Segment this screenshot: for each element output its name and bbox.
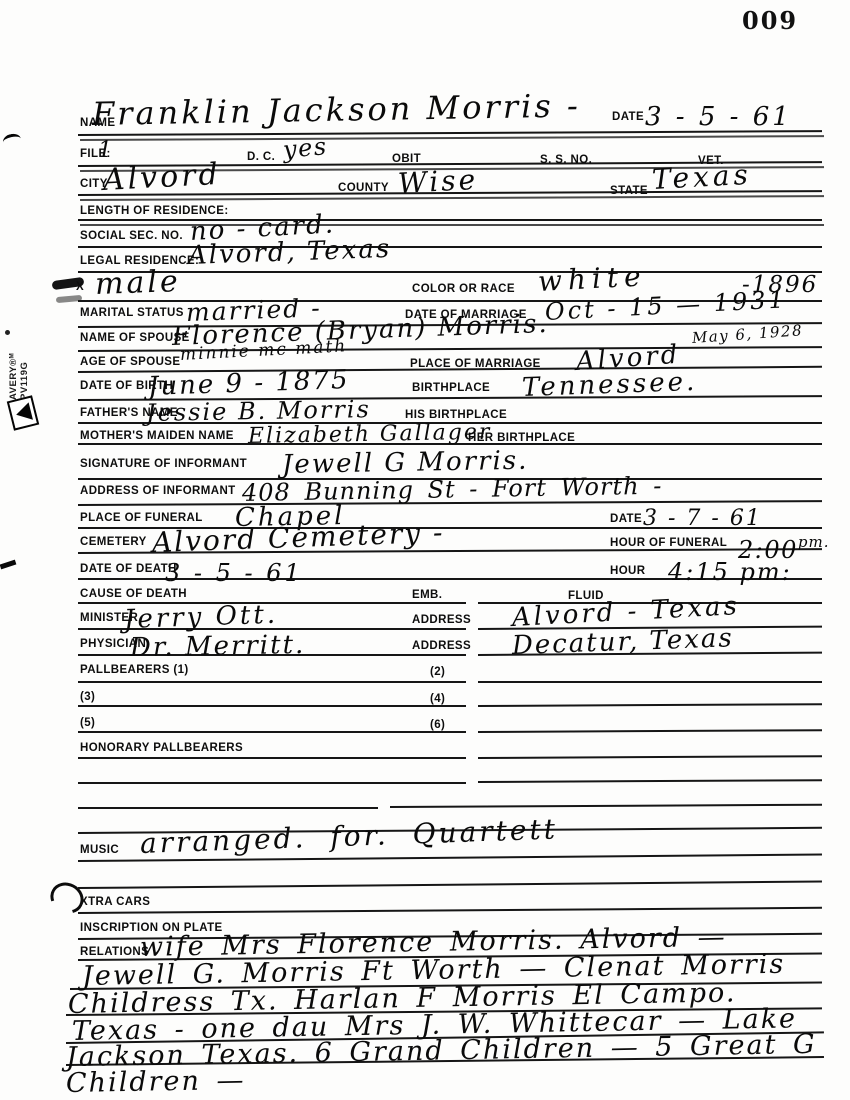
physician-value: Dr. Merritt. (130, 632, 306, 661)
hour-of-death-value: 4:15 pm: (668, 560, 792, 584)
state-label: STATE (610, 186, 648, 198)
funeral-date-value: 3 - 7 - 61 (643, 508, 762, 530)
pallbearers-2-label: (2) (430, 667, 445, 679)
marital-status-label: MARITAL STATUS (80, 308, 184, 320)
form-line (478, 681, 822, 683)
form-line (478, 729, 822, 733)
avery-code-text: PV119G (19, 304, 30, 400)
birthplace-label: BIRTHPLACE (412, 383, 490, 395)
form-line (78, 881, 822, 889)
physician-address-label: ADDRESS (412, 641, 471, 653)
age-of-spouse-label: AGE OF SPOUSE (80, 357, 180, 369)
color-or-race-label: COLOR OR RACE (412, 284, 515, 296)
dc-label: D. C. (247, 152, 275, 164)
page-number: 009 (742, 6, 798, 35)
sex-value: male (94, 267, 181, 300)
form-line (478, 779, 822, 783)
pallbearers-1-label: PALLBEARERS (1) (80, 665, 189, 677)
form-line (78, 807, 378, 809)
mothers-maiden-name-value: Elizabeth Gallager (248, 422, 492, 448)
county-value: Wise (397, 166, 479, 198)
form-line (478, 703, 822, 707)
form-line (78, 705, 466, 707)
form-line (78, 782, 466, 784)
date-header-label: DATE (612, 112, 644, 124)
social-sec-no-label: SOCIAL SEC. NO. (80, 231, 183, 243)
pallbearers-3-label: (3) (80, 692, 95, 704)
legal-residence-value: Alvord, Texas (188, 236, 392, 269)
form-line (78, 681, 466, 683)
hour-of-death-label: HOUR (610, 566, 645, 578)
cemetery-label: CEMETERY (80, 537, 147, 549)
birthplace-value: Tennessee. (522, 369, 698, 401)
sex-label: X (76, 282, 84, 294)
music-value: arranged. for. Quartett (140, 815, 559, 858)
form-line (78, 907, 822, 914)
signature-of-informant-value: Jewell G Morris. (282, 448, 529, 478)
place-of-funeral-label: PLACE OF FUNERAL (80, 513, 203, 525)
music-label: MUSIC (80, 845, 119, 857)
signature-of-informant-label: SIGNATURE OF INFORMANT (80, 459, 247, 471)
form-line (478, 755, 822, 759)
scan-mark-dot (5, 330, 10, 335)
hour-of-funeral-label: HOUR OF FUNERAL (610, 538, 727, 550)
file-value: 1 (98, 140, 114, 162)
pallbearers-4-label: (4) (430, 694, 445, 706)
scan-mark-dash (0, 560, 16, 570)
dc-value: yes (282, 134, 329, 162)
form-line (390, 804, 822, 808)
relations-label: RELATIONS (80, 947, 149, 959)
minister-address-label: ADDRESS (412, 615, 471, 627)
date-of-death-value: 3 - 5 - 61 (165, 561, 303, 585)
scanned-funeral-record-page: 009 AVERY®ᴹ PV119G (0, 0, 850, 1100)
avery-margin-label: AVERY®ᴹ PV119G (8, 304, 36, 400)
county-label: COUNTY (338, 183, 389, 195)
relations-line-6: Children — (66, 1067, 246, 1097)
address-of-informant-label: ADDRESS OF INFORMANT (80, 486, 236, 498)
state-value: Texas (651, 161, 752, 194)
fathers-name-value: Jessie B. Morris (146, 397, 371, 425)
cause-of-death-label: CAUSE OF DEATH (80, 589, 187, 601)
form-line (78, 757, 466, 759)
address-of-informant-value: 408 Bunning St - Fort Worth - (242, 474, 663, 505)
pallbearers-5-label: (5) (80, 718, 95, 730)
minister-value: Jerry Ott. (124, 602, 279, 633)
physician-address-value: Decatur, Texas (512, 625, 735, 659)
scan-mark-arc (2, 132, 22, 148)
emb-label: EMB. (412, 590, 442, 602)
honorary-pallbearers-label: HONORARY PALLBEARERS (80, 743, 243, 755)
avery-brand-text: AVERY®ᴹ (8, 304, 19, 400)
name-value: Franklin Jackson Morris - (92, 89, 581, 130)
form-line (78, 731, 466, 733)
ssno-label: S. S. NO. (540, 155, 592, 167)
extra-cars-label: XTRA CARS (80, 897, 150, 909)
date-header-value: 3 - 5 - 61 (645, 104, 792, 130)
hour-of-funeral-suffix: pm. (798, 533, 830, 551)
form-line (78, 271, 822, 273)
place-of-marriage-label: PLACE OF MARRIAGE (410, 359, 541, 371)
mothers-maiden-name-label: MOTHER'S MAIDEN NAME (80, 431, 234, 443)
name-of-spouse-note: May 6, 1928 (691, 323, 803, 346)
avery-triangle-icon (7, 395, 39, 430)
date-of-death-label: DATE OF DEATH (80, 564, 177, 576)
pallbearers-6-label: (6) (430, 720, 445, 732)
funeral-date-label: DATE (610, 514, 642, 526)
color-or-race-value: white (537, 262, 647, 296)
city-value: Alvord (102, 160, 221, 196)
obit-label: OBIT (392, 154, 421, 166)
